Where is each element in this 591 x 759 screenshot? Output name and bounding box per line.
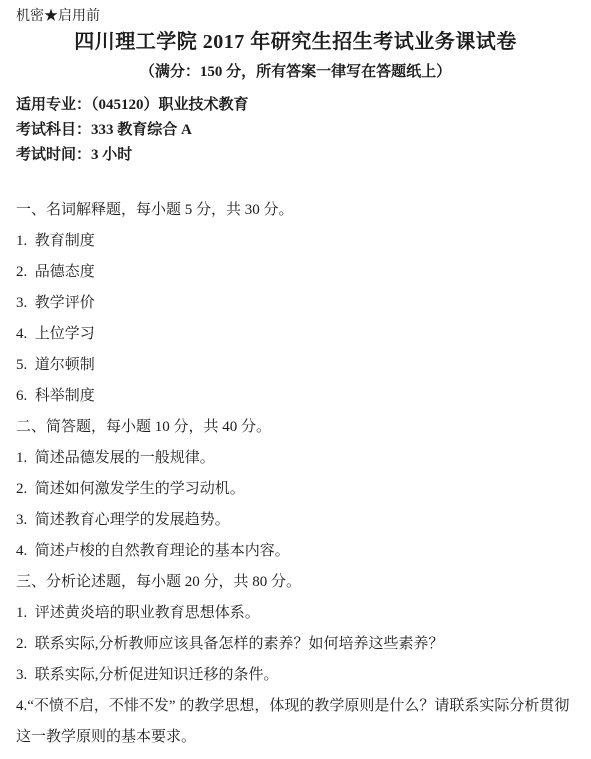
meta-exam-subject: 考试科目：333 教育综合 A [16,118,591,143]
section-heading: 二、简答题，每小题 10 分，共 40 分。 [16,412,577,443]
question-item: 2. 简述如何激发学生的学习动机。 [16,474,577,505]
question-sections: 一、名词解释题，每小题 5 分，共 30 分。 1. 教育制度 2. 品德态度 … [16,195,577,753]
exam-meta-block: 适用专业：（045120）职业技术教育 考试科目：333 教育综合 A 考试时间… [16,93,591,168]
section-one: 一、名词解释题，每小题 5 分，共 30 分。 1. 教育制度 2. 品德态度 … [16,195,577,412]
question-item: 2. 品德态度 [16,257,577,288]
question-item: 4. 简述卢梭的自然教育理论的基本内容。 [16,536,577,567]
question-item: 1. 评述黄炎培的职业教育思想体系。 [16,598,577,629]
question-item: 5. 道尔顿制 [16,350,577,381]
section-three: 三、分析论述题，每小题 20 分，共 80 分。 1. 评述黄炎培的职业教育思想… [16,567,577,753]
exam-paper-page: 机密★启用前 四川理工学院 2017 年研究生招生考试业务课试卷 （满分：150… [0,0,591,759]
paper-subtitle: （满分：150 分，所有答案一律写在答题纸上） [0,62,591,82]
meta-exam-duration: 考试时间：3 小时 [16,143,591,168]
section-heading: 一、名词解释题，每小题 5 分，共 30 分。 [16,195,577,226]
question-item: 4.“不愤不启，不悱不发” 的教学思想，体现的教学原则是什么？请联系实际分析贯彻… [16,691,577,753]
section-heading: 三、分析论述题，每小题 20 分，共 80 分。 [16,567,577,598]
question-item: 6. 科举制度 [16,381,577,412]
question-item: 3. 简述教育心理学的发展趋势。 [16,505,577,536]
question-item: 1. 简述品德发展的一般规律。 [16,443,577,474]
security-classification-label: 机密★启用前 [16,8,591,26]
meta-applicable-major: 适用专业：（045120）职业技术教育 [16,93,591,118]
page-title: 四川理工学院 2017 年研究生招生考试业务课试卷 [0,29,591,56]
question-item: 3. 教学评价 [16,288,577,319]
section-two: 二、简答题，每小题 10 分，共 40 分。 1. 简述品德发展的一般规律。 2… [16,412,577,567]
question-item: 2. 联系实际,分析教师应该具备怎样的素养？如何培养这些素养？ [16,629,577,660]
question-item: 4. 上位学习 [16,319,577,350]
question-item: 1. 教育制度 [16,226,577,257]
question-item: 3. 联系实际,分析促进知识迁移的条件。 [16,660,577,691]
